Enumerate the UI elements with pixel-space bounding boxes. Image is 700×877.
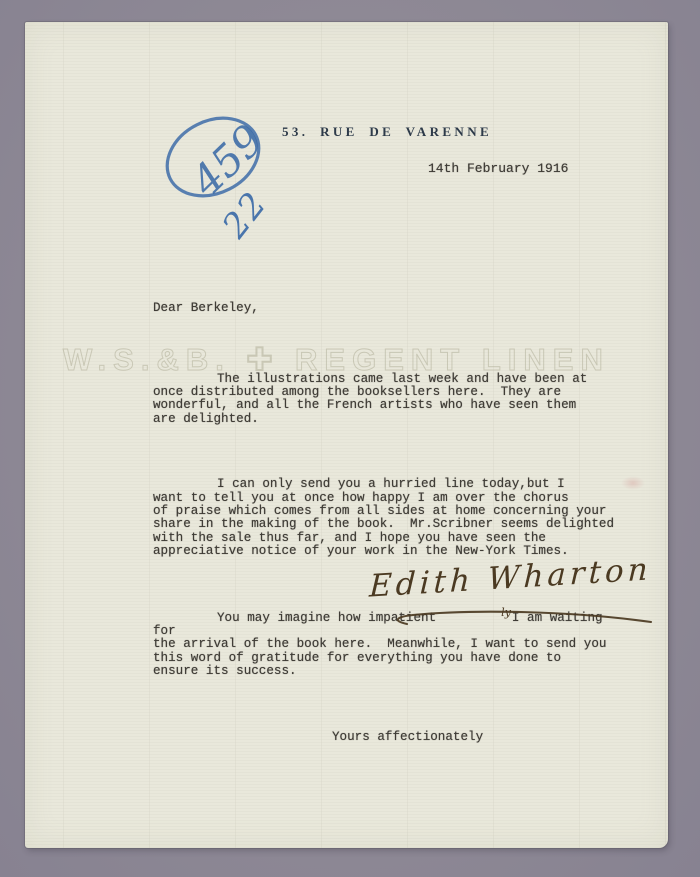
letter-date: 14th February 1916 xyxy=(428,161,568,176)
letter-body: Dear Berkeley, The illustrations came la… xyxy=(153,275,615,771)
signature-block: Edith Wharton xyxy=(355,560,675,644)
paragraph-1: The illustrations came last week and hav… xyxy=(153,373,615,426)
valediction: Yours affectionately xyxy=(153,731,615,744)
letter-page: W.S.&B. ✚ REGENT LINEN 459 22 53. RUE DE… xyxy=(25,22,668,848)
signature-name: Edith Wharton xyxy=(368,551,652,604)
salutation: Dear Berkeley, xyxy=(153,302,615,315)
paragraph-2: I can only send you a hurried line today… xyxy=(153,478,615,558)
letterhead-address: 53. RUE DE VARENNE xyxy=(282,124,492,140)
pink-smudge xyxy=(621,476,645,490)
scan-background: W.S.&B. ✚ REGENT LINEN 459 22 53. RUE DE… xyxy=(0,0,700,877)
